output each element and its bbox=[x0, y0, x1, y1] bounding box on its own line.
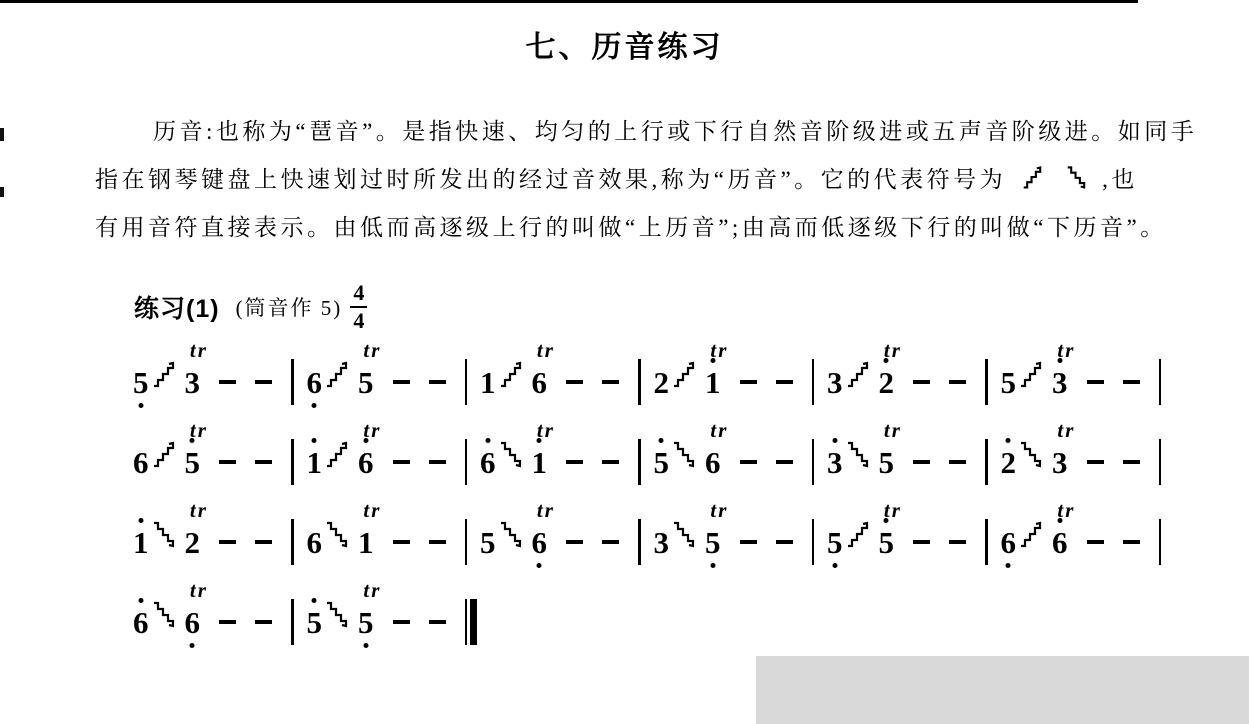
note-digit: 5 bbox=[705, 527, 721, 558]
note-digit: 1 bbox=[532, 447, 548, 478]
barline-thin bbox=[291, 599, 294, 645]
measure: 6 5tr bbox=[133, 439, 307, 485]
page-title: 七、历音练习 bbox=[0, 0, 1249, 66]
duration-dash bbox=[949, 540, 966, 544]
up-glissando-icon bbox=[846, 519, 876, 549]
duration-dash bbox=[913, 380, 930, 384]
note-digit: 3 bbox=[827, 447, 843, 478]
note-digit: 6 bbox=[480, 447, 496, 478]
barline bbox=[1159, 519, 1162, 565]
measure: 3 2tr bbox=[827, 359, 1001, 405]
barline bbox=[291, 519, 294, 565]
note-digit: 5 bbox=[185, 447, 201, 478]
note-digit: 5 bbox=[133, 367, 149, 398]
note: 3tr bbox=[185, 367, 201, 398]
trill-mark: tr bbox=[884, 420, 902, 441]
note-digit: 3 bbox=[185, 367, 201, 398]
note: 6 bbox=[307, 527, 323, 558]
note: 3tr bbox=[1052, 367, 1068, 398]
barline-thin bbox=[291, 359, 294, 405]
measure: 6 6tr bbox=[1001, 519, 1175, 565]
up-glissando-icon bbox=[152, 439, 182, 469]
note: 2 bbox=[1001, 447, 1017, 478]
duration-dash bbox=[740, 460, 757, 464]
time-signature: 4 4 bbox=[350, 282, 367, 332]
note-digit: 5 bbox=[307, 607, 323, 638]
measure: 6 1tr bbox=[480, 439, 654, 485]
measure: 6 6tr bbox=[133, 599, 307, 645]
note: 2 bbox=[654, 367, 670, 398]
duration-dash bbox=[219, 540, 236, 544]
down-glissando-icon bbox=[1019, 439, 1049, 469]
barline bbox=[291, 599, 294, 645]
up-glissando-icon bbox=[152, 359, 182, 389]
down-glissando-icon bbox=[152, 599, 182, 629]
duration-dash bbox=[566, 540, 583, 544]
note-digit: 3 bbox=[1052, 447, 1068, 478]
note-digit: 6 bbox=[705, 447, 721, 478]
barline-thin bbox=[1159, 359, 1162, 405]
measure: 3 5tr bbox=[827, 439, 1001, 485]
trill-mark: tr bbox=[537, 500, 555, 521]
paragraph-line-2: 指在钢琴键盘上快速划过时所发出的经过音效果,称为“历音”。它的代表符号为,也 bbox=[95, 156, 1161, 204]
note: 5 bbox=[133, 367, 149, 398]
octave-dot-below bbox=[363, 643, 368, 648]
down-glissando-icon bbox=[325, 519, 355, 549]
note-digit: 6 bbox=[133, 607, 149, 638]
duration-dash bbox=[255, 540, 272, 544]
octave-dot-above bbox=[485, 438, 490, 443]
note-digit: 5 bbox=[827, 527, 843, 558]
barline bbox=[812, 519, 815, 565]
trill-mark: tr bbox=[537, 340, 555, 361]
octave-dot-below bbox=[710, 563, 715, 568]
note-digit: 5 bbox=[1001, 367, 1017, 398]
duration-dash bbox=[1087, 460, 1104, 464]
octave-dot-below bbox=[312, 403, 317, 408]
barline bbox=[638, 359, 641, 405]
note-digit: 6 bbox=[185, 607, 201, 638]
octave-dot-below bbox=[190, 643, 195, 648]
duration-dash bbox=[393, 460, 410, 464]
trill-mark: tr bbox=[363, 580, 381, 601]
note-digit: 1 bbox=[480, 367, 496, 398]
note: 6tr bbox=[185, 607, 201, 638]
barline bbox=[812, 359, 815, 405]
measure: 2 1tr bbox=[654, 359, 828, 405]
note: 5 bbox=[307, 607, 323, 638]
key-instruction: (筒音作 5) bbox=[236, 292, 343, 322]
duration-dash bbox=[949, 380, 966, 384]
barline bbox=[1159, 439, 1162, 485]
trill-mark: tr bbox=[1057, 500, 1075, 521]
duration-dash bbox=[740, 380, 757, 384]
barline-thin bbox=[291, 519, 294, 565]
duration-dash bbox=[1123, 540, 1140, 544]
duration-dash bbox=[949, 460, 966, 464]
barline-thin bbox=[291, 439, 294, 485]
note: 5 bbox=[480, 527, 496, 558]
duration-dash bbox=[913, 540, 930, 544]
note: 5tr bbox=[879, 447, 895, 478]
measure: 2 3tr bbox=[1001, 439, 1175, 485]
note-digit: 6 bbox=[307, 367, 323, 398]
note-digit: 6 bbox=[532, 367, 548, 398]
barline-thin bbox=[638, 359, 641, 405]
note-digit: 2 bbox=[654, 367, 670, 398]
note-digit: 5 bbox=[358, 607, 374, 638]
note: 2tr bbox=[185, 527, 201, 558]
note-digit: 5 bbox=[879, 447, 895, 478]
time-signature-denominator: 4 bbox=[353, 308, 364, 332]
duration-dash bbox=[1087, 380, 1104, 384]
note: 5tr bbox=[879, 527, 895, 558]
duration-dash bbox=[219, 620, 236, 624]
trill-mark: tr bbox=[537, 420, 555, 441]
note: 5tr bbox=[358, 367, 374, 398]
paragraph-line-3: 有用音符直接表示。由低而高逐级上行的叫做“上历音”;由高而低逐级下行的叫做“下历… bbox=[95, 204, 1161, 252]
barline bbox=[985, 359, 988, 405]
scan-left-edge-mark bbox=[0, 187, 4, 197]
barline-thin bbox=[465, 519, 468, 565]
measure: 6 5tr bbox=[307, 359, 481, 405]
barline-thin bbox=[812, 519, 815, 565]
note-digit: 6 bbox=[307, 527, 323, 558]
barline-thin bbox=[812, 439, 815, 485]
trill-mark: tr bbox=[363, 500, 381, 521]
duration-dash bbox=[255, 380, 272, 384]
note: 1 bbox=[133, 527, 149, 558]
measure: 1 2tr bbox=[133, 519, 307, 565]
down-glissando-icon bbox=[846, 439, 876, 469]
duration-dash bbox=[776, 460, 793, 464]
duration-dash bbox=[429, 460, 446, 464]
barline-thin bbox=[985, 439, 988, 485]
barline bbox=[465, 519, 468, 565]
octave-dot-above bbox=[1006, 438, 1011, 443]
note: 3 bbox=[654, 527, 670, 558]
barline-thin bbox=[812, 359, 815, 405]
barline-thin bbox=[465, 359, 468, 405]
final-barline bbox=[465, 599, 478, 645]
note: 6tr bbox=[358, 447, 374, 478]
note-digit: 1 bbox=[358, 527, 374, 558]
barline-thin bbox=[1159, 439, 1162, 485]
duration-dash bbox=[566, 460, 583, 464]
measure: 5 6tr bbox=[480, 519, 654, 565]
note-digit: 6 bbox=[1052, 527, 1068, 558]
note: 1 bbox=[307, 447, 323, 478]
octave-dot-below bbox=[138, 403, 143, 408]
down-glissando-icon bbox=[672, 519, 702, 549]
note-digit: 5 bbox=[480, 527, 496, 558]
trill-mark: tr bbox=[710, 340, 728, 361]
duration-dash bbox=[776, 540, 793, 544]
up-glissando-icon bbox=[672, 359, 702, 389]
note: 3 bbox=[827, 367, 843, 398]
note-digit: 3 bbox=[654, 527, 670, 558]
exercise-header: 练习(1) (筒音作 5) 4 4 bbox=[134, 282, 1249, 332]
note: 6 bbox=[480, 447, 496, 478]
barline bbox=[638, 519, 641, 565]
barline-thin bbox=[465, 599, 468, 645]
duration-dash bbox=[219, 460, 236, 464]
measure: 5 5tr bbox=[307, 599, 491, 645]
barline bbox=[985, 439, 988, 485]
measure: 5 3tr bbox=[1001, 359, 1175, 405]
duration-dash bbox=[602, 460, 619, 464]
note-digit: 5 bbox=[358, 367, 374, 398]
duration-dash bbox=[255, 620, 272, 624]
duration-dash bbox=[393, 620, 410, 624]
note: 3tr bbox=[1052, 447, 1068, 478]
paragraph-line-2-tail: ,也 bbox=[1102, 167, 1138, 192]
up-glissando-icon bbox=[325, 439, 355, 469]
barline-thin bbox=[638, 439, 641, 485]
barline bbox=[812, 439, 815, 485]
note-digit: 2 bbox=[1001, 447, 1017, 478]
note: 2tr bbox=[879, 367, 895, 398]
time-signature-numerator: 4 bbox=[350, 282, 367, 308]
note: 1 bbox=[480, 367, 496, 398]
measure: 3 5tr bbox=[654, 519, 828, 565]
scan-corner-shadow bbox=[756, 656, 1249, 724]
barline-thick bbox=[470, 599, 477, 645]
down-glissando-icon bbox=[499, 439, 529, 469]
note: 6tr bbox=[1052, 527, 1068, 558]
down-glissando-icon bbox=[152, 519, 182, 549]
barline-thin bbox=[465, 439, 468, 485]
trill-mark: tr bbox=[1057, 340, 1075, 361]
duration-dash bbox=[255, 460, 272, 464]
barline-thin bbox=[1159, 519, 1162, 565]
octave-dot-above bbox=[832, 438, 837, 443]
note: 1tr bbox=[705, 367, 721, 398]
note-digit: 2 bbox=[879, 367, 895, 398]
barline bbox=[291, 359, 294, 405]
barline bbox=[985, 519, 988, 565]
note-digit: 6 bbox=[133, 447, 149, 478]
duration-dash bbox=[1087, 540, 1104, 544]
note-digit: 1 bbox=[307, 447, 323, 478]
duration-dash bbox=[740, 540, 757, 544]
trill-mark: tr bbox=[884, 340, 902, 361]
note: 1tr bbox=[358, 527, 374, 558]
barline bbox=[465, 439, 468, 485]
note-digit: 6 bbox=[358, 447, 374, 478]
note-digit: 1 bbox=[133, 527, 149, 558]
duration-dash bbox=[776, 380, 793, 384]
score-line-3: 1 2tr6 1tr5 6tr3 5tr5 5tr6 6tr bbox=[133, 502, 1249, 582]
paragraph-line-1: 历音:也称为“琶音”。是指快速、均匀的上行或下行自然音阶级进或五声音阶级进。如同… bbox=[95, 108, 1161, 156]
note-digit: 3 bbox=[827, 367, 843, 398]
note: 5 bbox=[654, 447, 670, 478]
octave-dot-below bbox=[832, 563, 837, 568]
note: 5tr bbox=[705, 527, 721, 558]
note: 6 bbox=[307, 367, 323, 398]
score-line-2: 6 5tr1 6tr6 1tr5 6tr3 5tr2 3tr bbox=[133, 422, 1249, 502]
down-glissando-icon bbox=[325, 599, 355, 629]
down-glissando-icon bbox=[499, 519, 529, 549]
barline-thin bbox=[985, 519, 988, 565]
duration-dash bbox=[219, 380, 236, 384]
octave-dot-above bbox=[138, 598, 143, 603]
trill-mark: tr bbox=[1057, 420, 1075, 441]
duration-dash bbox=[393, 540, 410, 544]
duration-dash bbox=[566, 380, 583, 384]
down-glissando-icon bbox=[672, 439, 702, 469]
score-line-4: 6 6tr5 5tr bbox=[133, 582, 1249, 662]
scan-left-edge-mark bbox=[0, 128, 4, 141]
barline bbox=[465, 359, 468, 405]
up-glissando-icon bbox=[325, 359, 355, 389]
trill-mark: tr bbox=[363, 340, 381, 361]
barline bbox=[291, 439, 294, 485]
duration-dash bbox=[602, 380, 619, 384]
note: 6 bbox=[133, 607, 149, 638]
note-digit: 3 bbox=[1052, 367, 1068, 398]
barline-thin bbox=[985, 359, 988, 405]
paragraph-line-2-text: 指在钢琴键盘上快速划过时所发出的经过音效果,称为“历音”。它的代表符号为 bbox=[95, 167, 1006, 192]
octave-dot-above bbox=[659, 438, 664, 443]
octave-dot-above bbox=[312, 598, 317, 603]
measure: 1 6tr bbox=[307, 439, 481, 485]
duration-dash bbox=[602, 540, 619, 544]
note: 5 bbox=[827, 527, 843, 558]
trill-mark: tr bbox=[190, 340, 208, 361]
up-glissando-icon bbox=[1022, 164, 1048, 190]
up-glissando-icon bbox=[1019, 359, 1049, 389]
note-digit: 1 bbox=[705, 367, 721, 398]
octave-dot-below bbox=[1006, 563, 1011, 568]
intro-paragraph: 历音:也称为“琶音”。是指快速、均匀的上行或下行自然音阶级进或五声音阶级进。如同… bbox=[95, 108, 1161, 252]
measure: 5 6tr bbox=[654, 439, 828, 485]
trill-mark: tr bbox=[190, 420, 208, 441]
duration-dash bbox=[913, 460, 930, 464]
note: 1tr bbox=[532, 447, 548, 478]
octave-dot-above bbox=[312, 438, 317, 443]
note-digit: 6 bbox=[1001, 527, 1017, 558]
trill-mark: tr bbox=[190, 500, 208, 521]
note-digit: 6 bbox=[532, 527, 548, 558]
measure: 1 6tr bbox=[480, 359, 654, 405]
trill-mark: tr bbox=[710, 420, 728, 441]
score-line-1: 5 3tr6 5tr1 6tr2 1tr3 2tr5 3tr bbox=[133, 342, 1249, 422]
note: 5tr bbox=[358, 607, 374, 638]
note: 5 bbox=[1001, 367, 1017, 398]
duration-dash bbox=[1123, 460, 1140, 464]
score: 5 3tr6 5tr1 6tr2 1tr3 2tr5 3tr6 5tr1 6tr… bbox=[133, 342, 1249, 662]
up-glissando-icon bbox=[846, 359, 876, 389]
note: 6tr bbox=[532, 527, 548, 558]
note: 6tr bbox=[532, 367, 548, 398]
note: 6 bbox=[1001, 527, 1017, 558]
note-digit: 5 bbox=[654, 447, 670, 478]
note-digit: 2 bbox=[185, 527, 201, 558]
note: 6tr bbox=[705, 447, 721, 478]
trill-mark: tr bbox=[363, 420, 381, 441]
octave-dot-below bbox=[537, 563, 542, 568]
note: 5tr bbox=[185, 447, 201, 478]
page: { "title": "七、历音练习", "paragraph": { "lin… bbox=[0, 0, 1249, 724]
duration-dash bbox=[429, 620, 446, 624]
note: 3 bbox=[827, 447, 843, 478]
trill-mark: tr bbox=[710, 500, 728, 521]
barline-thin bbox=[638, 519, 641, 565]
note: 6 bbox=[133, 447, 149, 478]
measure: 6 1tr bbox=[307, 519, 481, 565]
duration-dash bbox=[429, 540, 446, 544]
barline bbox=[638, 439, 641, 485]
down-glissando-icon bbox=[1066, 164, 1092, 190]
scan-top-edge-line bbox=[0, 0, 1138, 3]
up-glissando-icon bbox=[1019, 519, 1049, 549]
trill-mark: tr bbox=[884, 500, 902, 521]
trill-mark: tr bbox=[190, 580, 208, 601]
duration-dash bbox=[1123, 380, 1140, 384]
exercise-label: 练习(1) bbox=[134, 289, 220, 325]
measure: 5 5tr bbox=[827, 519, 1001, 565]
duration-dash bbox=[393, 380, 410, 384]
duration-dash bbox=[429, 380, 446, 384]
octave-dot-above bbox=[138, 518, 143, 523]
barline bbox=[1159, 359, 1162, 405]
up-glissando-icon bbox=[499, 359, 529, 389]
measure: 5 3tr bbox=[133, 359, 307, 405]
note-digit: 5 bbox=[879, 527, 895, 558]
